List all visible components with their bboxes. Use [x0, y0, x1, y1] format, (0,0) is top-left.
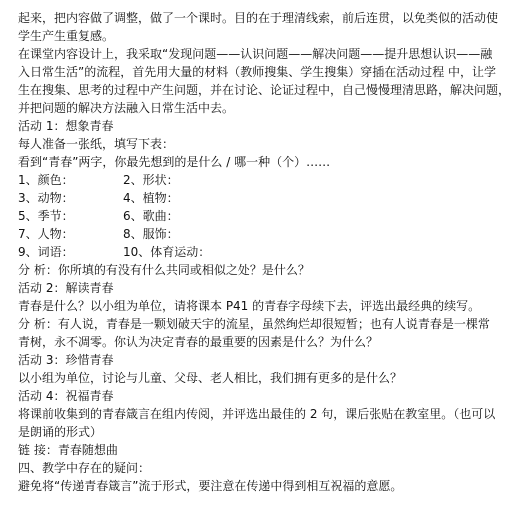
form-field-label: 8、服饰：	[123, 225, 179, 243]
form-row: 7、人物： 8、服饰：	[18, 225, 500, 243]
form-row: 3、动物： 4、植物：	[18, 189, 500, 207]
activity2-task-line: 青春是什么？以小组为单位，请将课本 P41 的青春字母续下去，评选出最经典的续写…	[18, 297, 500, 315]
form-field-label: 2、形状：	[123, 171, 179, 189]
questions-section-line: 避免将“传递青春箴言”流于形式，要注意在传递中得到相互祝福的意愿。	[18, 477, 500, 495]
form-field-label: 4、植物：	[123, 189, 179, 207]
activity1-title: 活动 1：想象青春	[18, 117, 500, 135]
activity2-title: 活动 2：解读青春	[18, 279, 500, 297]
intro-paragraph2-line: 生在搜集、思考的过程中产生问题，并在讨论、论证过程中，自己慢慢理清思路，解决问题…	[18, 81, 500, 99]
intro-paragraph2-line: 入日常生活”的流程，首先用大量的材料（教师搜集、学生搜集）穿插在活动过程 中，让…	[18, 63, 500, 81]
activity4-link-line: 链 接：青春随想曲	[18, 441, 500, 459]
form-field-label: 5、季节：	[18, 207, 123, 225]
form-row: 1、颜色： 2、形状：	[18, 171, 500, 189]
activity2-analysis-line: 青树，永不凋零。你认为决定青春的最重要的因素是什么？为什么？	[18, 333, 500, 351]
activity1-analysis-line: 分 析：你所填的有没有什么共同或相似之处？是什么？	[18, 261, 500, 279]
form-row: 5、季节： 6、歌曲：	[18, 207, 500, 225]
intro-paragraph2-line: 在课堂内容设计上，我采取“发现问题——认识问题——解决问题——提升思想认识——融	[18, 45, 500, 63]
activity4-task-line: 是朗诵的形式）	[18, 423, 500, 441]
activity3-title: 活动 3：珍惜青春	[18, 351, 500, 369]
form-field-label: 9、词语：	[18, 243, 123, 261]
form-row: 9、词语： 10、体育运动：	[18, 243, 500, 261]
intro-paragraph1-line: 起来，把内容做了调整，做了一个课时。目的在于理清线索，前后连贯，以免类似的活动使	[18, 9, 500, 27]
activity3-task-line: 以小组为单位，讨论与儿童、父母、老人相比，我们拥有更多的是什么？	[18, 369, 500, 387]
form-field-label: 7、人物：	[18, 225, 123, 243]
activity1-prep-line: 每人准备一张纸，填写下表：	[18, 135, 500, 153]
intro-paragraph1-line: 学生产生重复感。	[18, 27, 500, 45]
document-page: 起来，把内容做了调整，做了一个课时。目的在于理清线索，前后连贯，以免类似的活动使…	[0, 0, 514, 527]
activity4-title: 活动 4：祝福青春	[18, 387, 500, 405]
activity1-prompt-line: 看到“青春”两字，你最先想到的是什么 / 哪一种（个）……	[18, 153, 500, 171]
questions-section-title: 四、教学中存在的疑问：	[18, 459, 500, 477]
form-field-label: 10、体育运动：	[123, 243, 210, 261]
lesson-plan-text: 起来，把内容做了调整，做了一个课时。目的在于理清线索，前后连贯，以免类似的活动使…	[18, 9, 500, 495]
intro-paragraph2-line: 并把问题的解决方法融入日常生活中去。	[18, 99, 500, 117]
form-field-label: 1、颜色：	[18, 171, 123, 189]
activity4-task-line: 将课前收集到的青春箴言在组内传阅，并评选出最佳的 2 句，课后张贴在教室里。（也…	[18, 405, 500, 423]
activity2-analysis-line: 分 析：有人说，青春是一颗划破天宇的流星，虽然绚烂却很短暂；也有人说青春是一棵常	[18, 315, 500, 333]
form-field-label: 6、歌曲：	[123, 207, 179, 225]
form-field-label: 3、动物：	[18, 189, 123, 207]
